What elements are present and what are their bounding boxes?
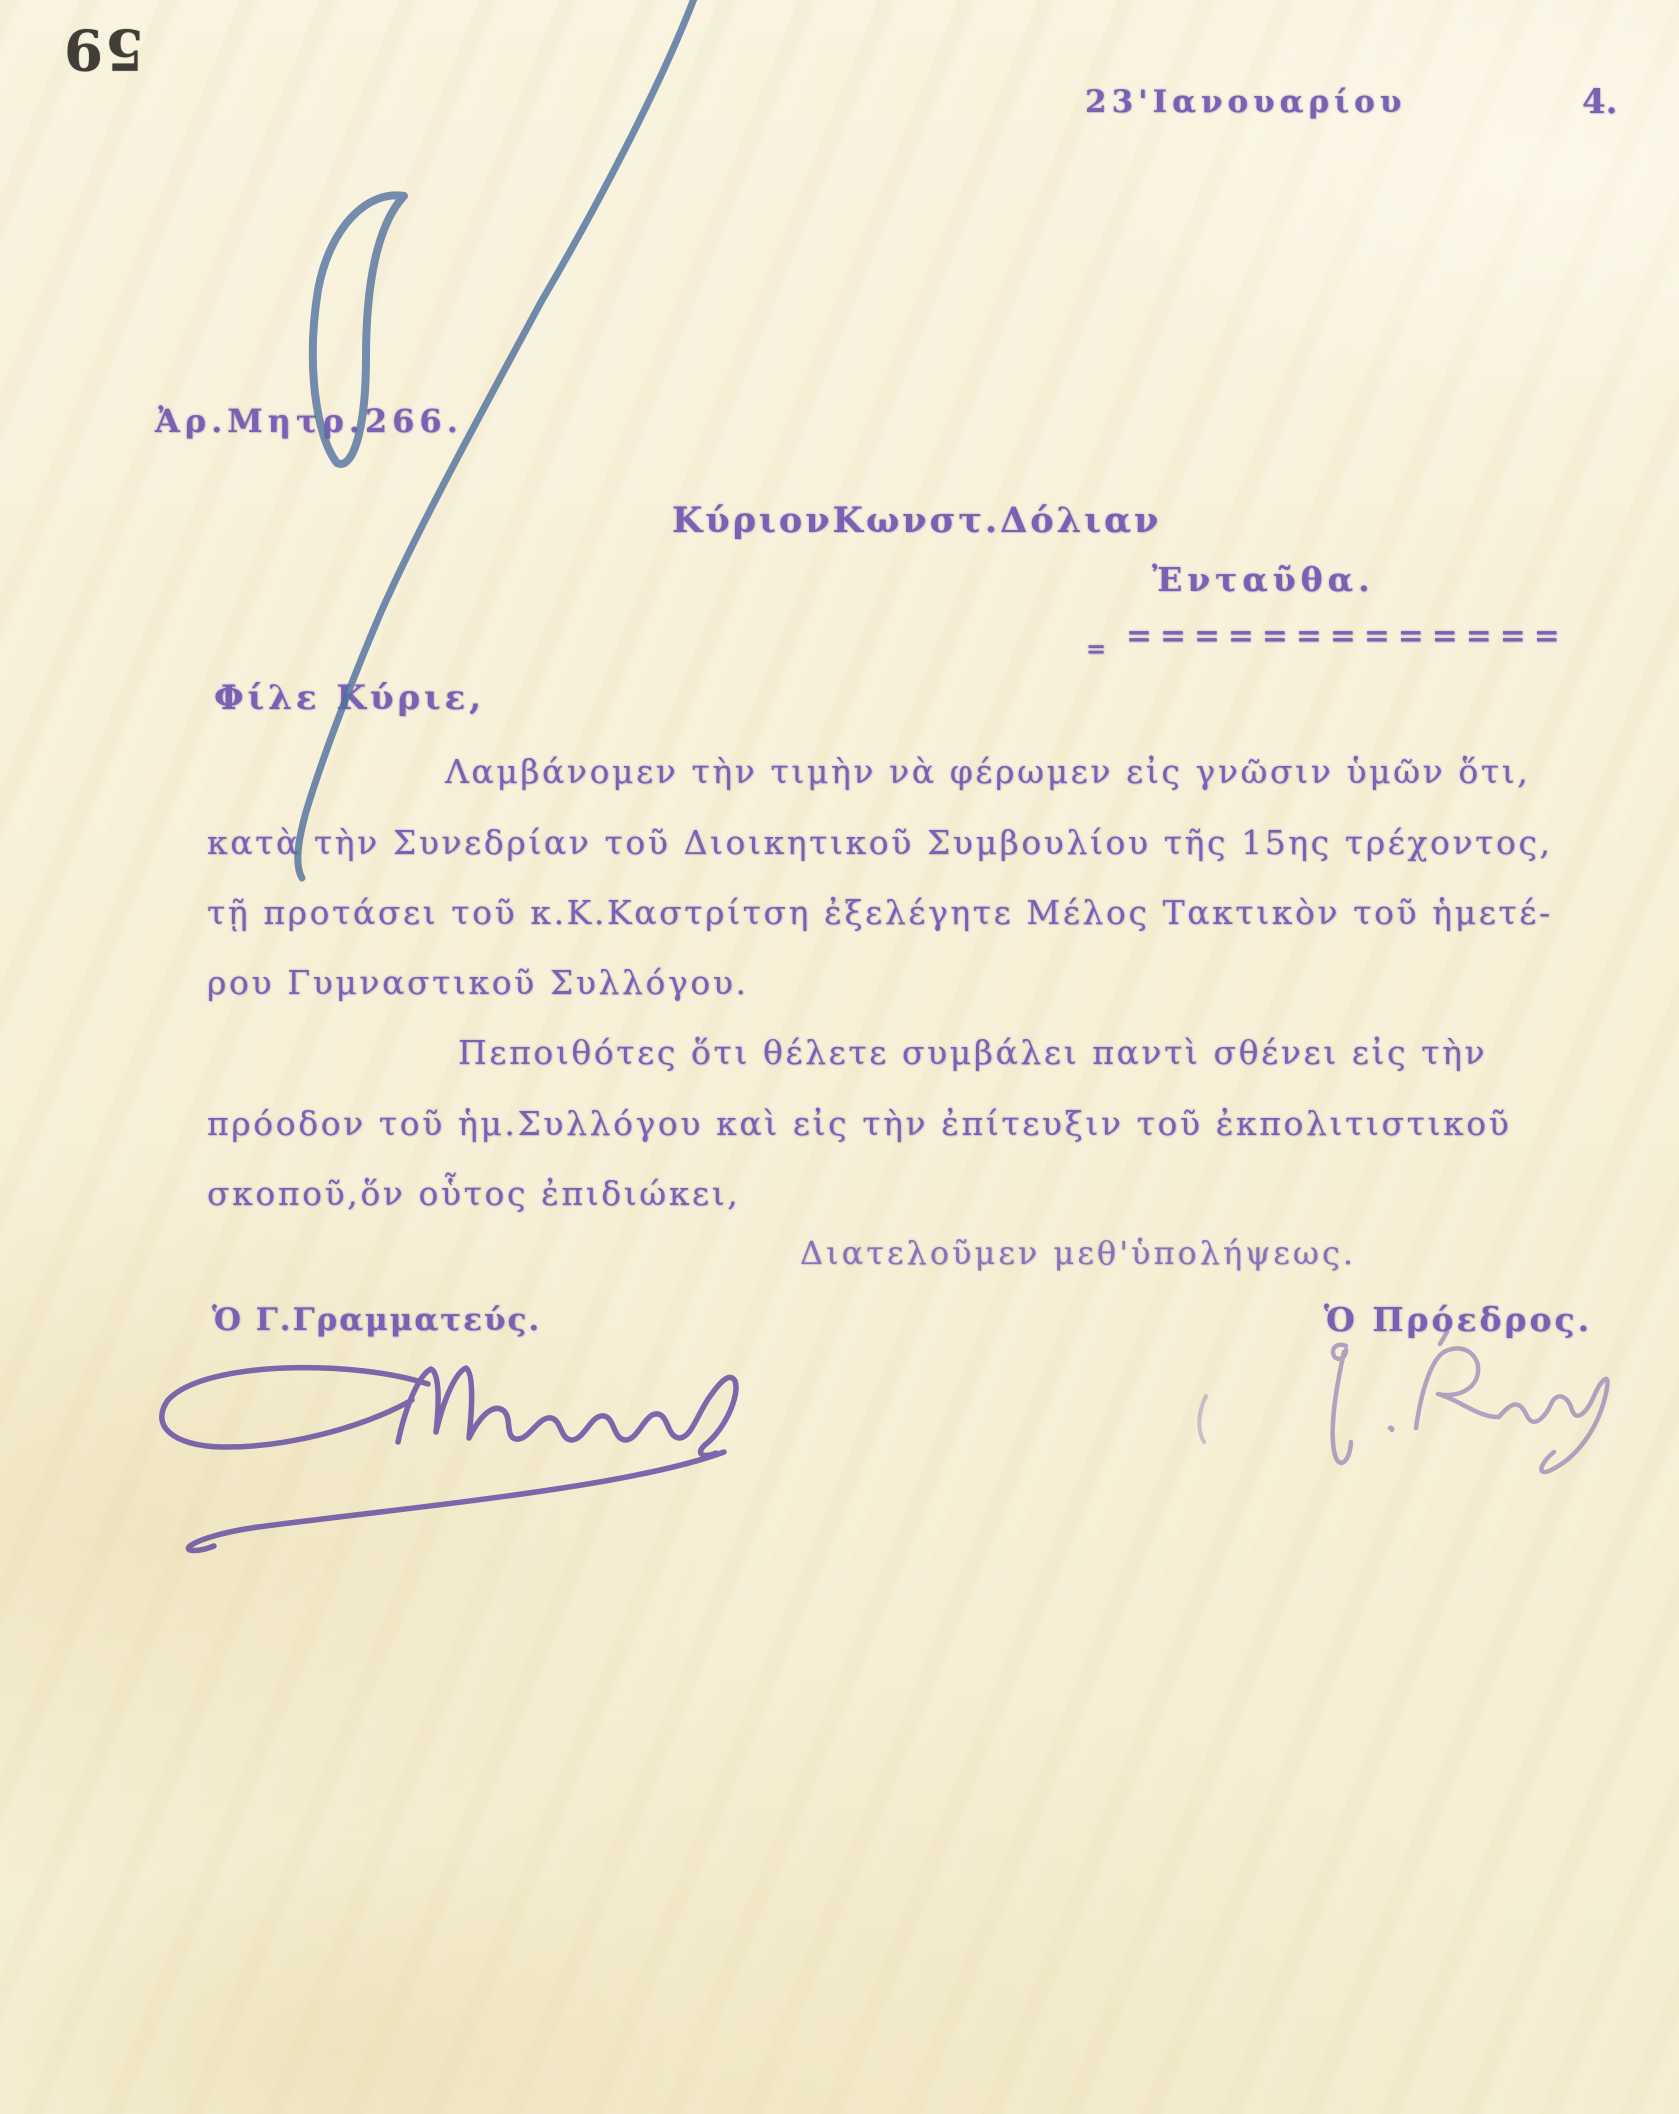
- date-line: 23'Ιανουαρίου: [1085, 84, 1406, 120]
- folio-number-stamp: 59: [62, 16, 144, 82]
- salutation: Φίλε Κύριε,: [214, 678, 485, 718]
- body-line: πρόοδον τοῦ ἡμ.Συλλόγου καὶ εἰς τὴν ἐπίτ…: [207, 1104, 1511, 1143]
- recipient-name: ΚύριονΚωνστ.Δόλιαν: [672, 500, 1161, 541]
- president-signature: [1333, 1332, 1608, 1472]
- closing-line: Διατελοῦμεν μεθ'ὑπολήψεως.: [800, 1234, 1356, 1272]
- letter-page: 59 23'Ιανουαρίου 4. Ἀρ.Μητρ.266. ΚύριονΚ…: [0, 0, 1679, 2114]
- body-line: Λαμβάνομεν τὴν τιμὴν νὰ φέρωμεν εἰς γνῶσ…: [445, 752, 1530, 791]
- location-underline: =============: [1126, 618, 1568, 654]
- secretary-signature: [162, 1368, 736, 1551]
- body-line: τῇ προτάσει τοῦ κ.Κ.Καστρίτση ἐξελέγητε …: [207, 893, 1553, 932]
- body-line: κατὰ τὴν Συνεδρίαν τοῦ Διοικητικοῦ Συμβο…: [207, 823, 1553, 862]
- president-title: Ὁ Πρόεδρος.: [1324, 1300, 1592, 1339]
- registry-number: Ἀρ.Μητρ.266.: [155, 402, 463, 440]
- body-line: ρου Γυμναστικοῦ Συλλόγου.: [207, 963, 749, 1002]
- body-line: Πεποιθότες ὅτι θέλετε συμβάλει παντὶ σθέ…: [458, 1033, 1487, 1072]
- secretary-title: Ὁ Γ.Γραμματεύς.: [212, 1302, 541, 1338]
- body-line: σκοποῦ,ὅν οὗτος ἐπιδιώκει,: [207, 1174, 740, 1213]
- recipient-location: Ἐνταῦθα.: [1152, 560, 1375, 599]
- stray-equals-mark: =: [1086, 634, 1106, 663]
- page-number: 4.: [1582, 82, 1618, 122]
- president-signature-stray-mark: [1199, 1396, 1206, 1442]
